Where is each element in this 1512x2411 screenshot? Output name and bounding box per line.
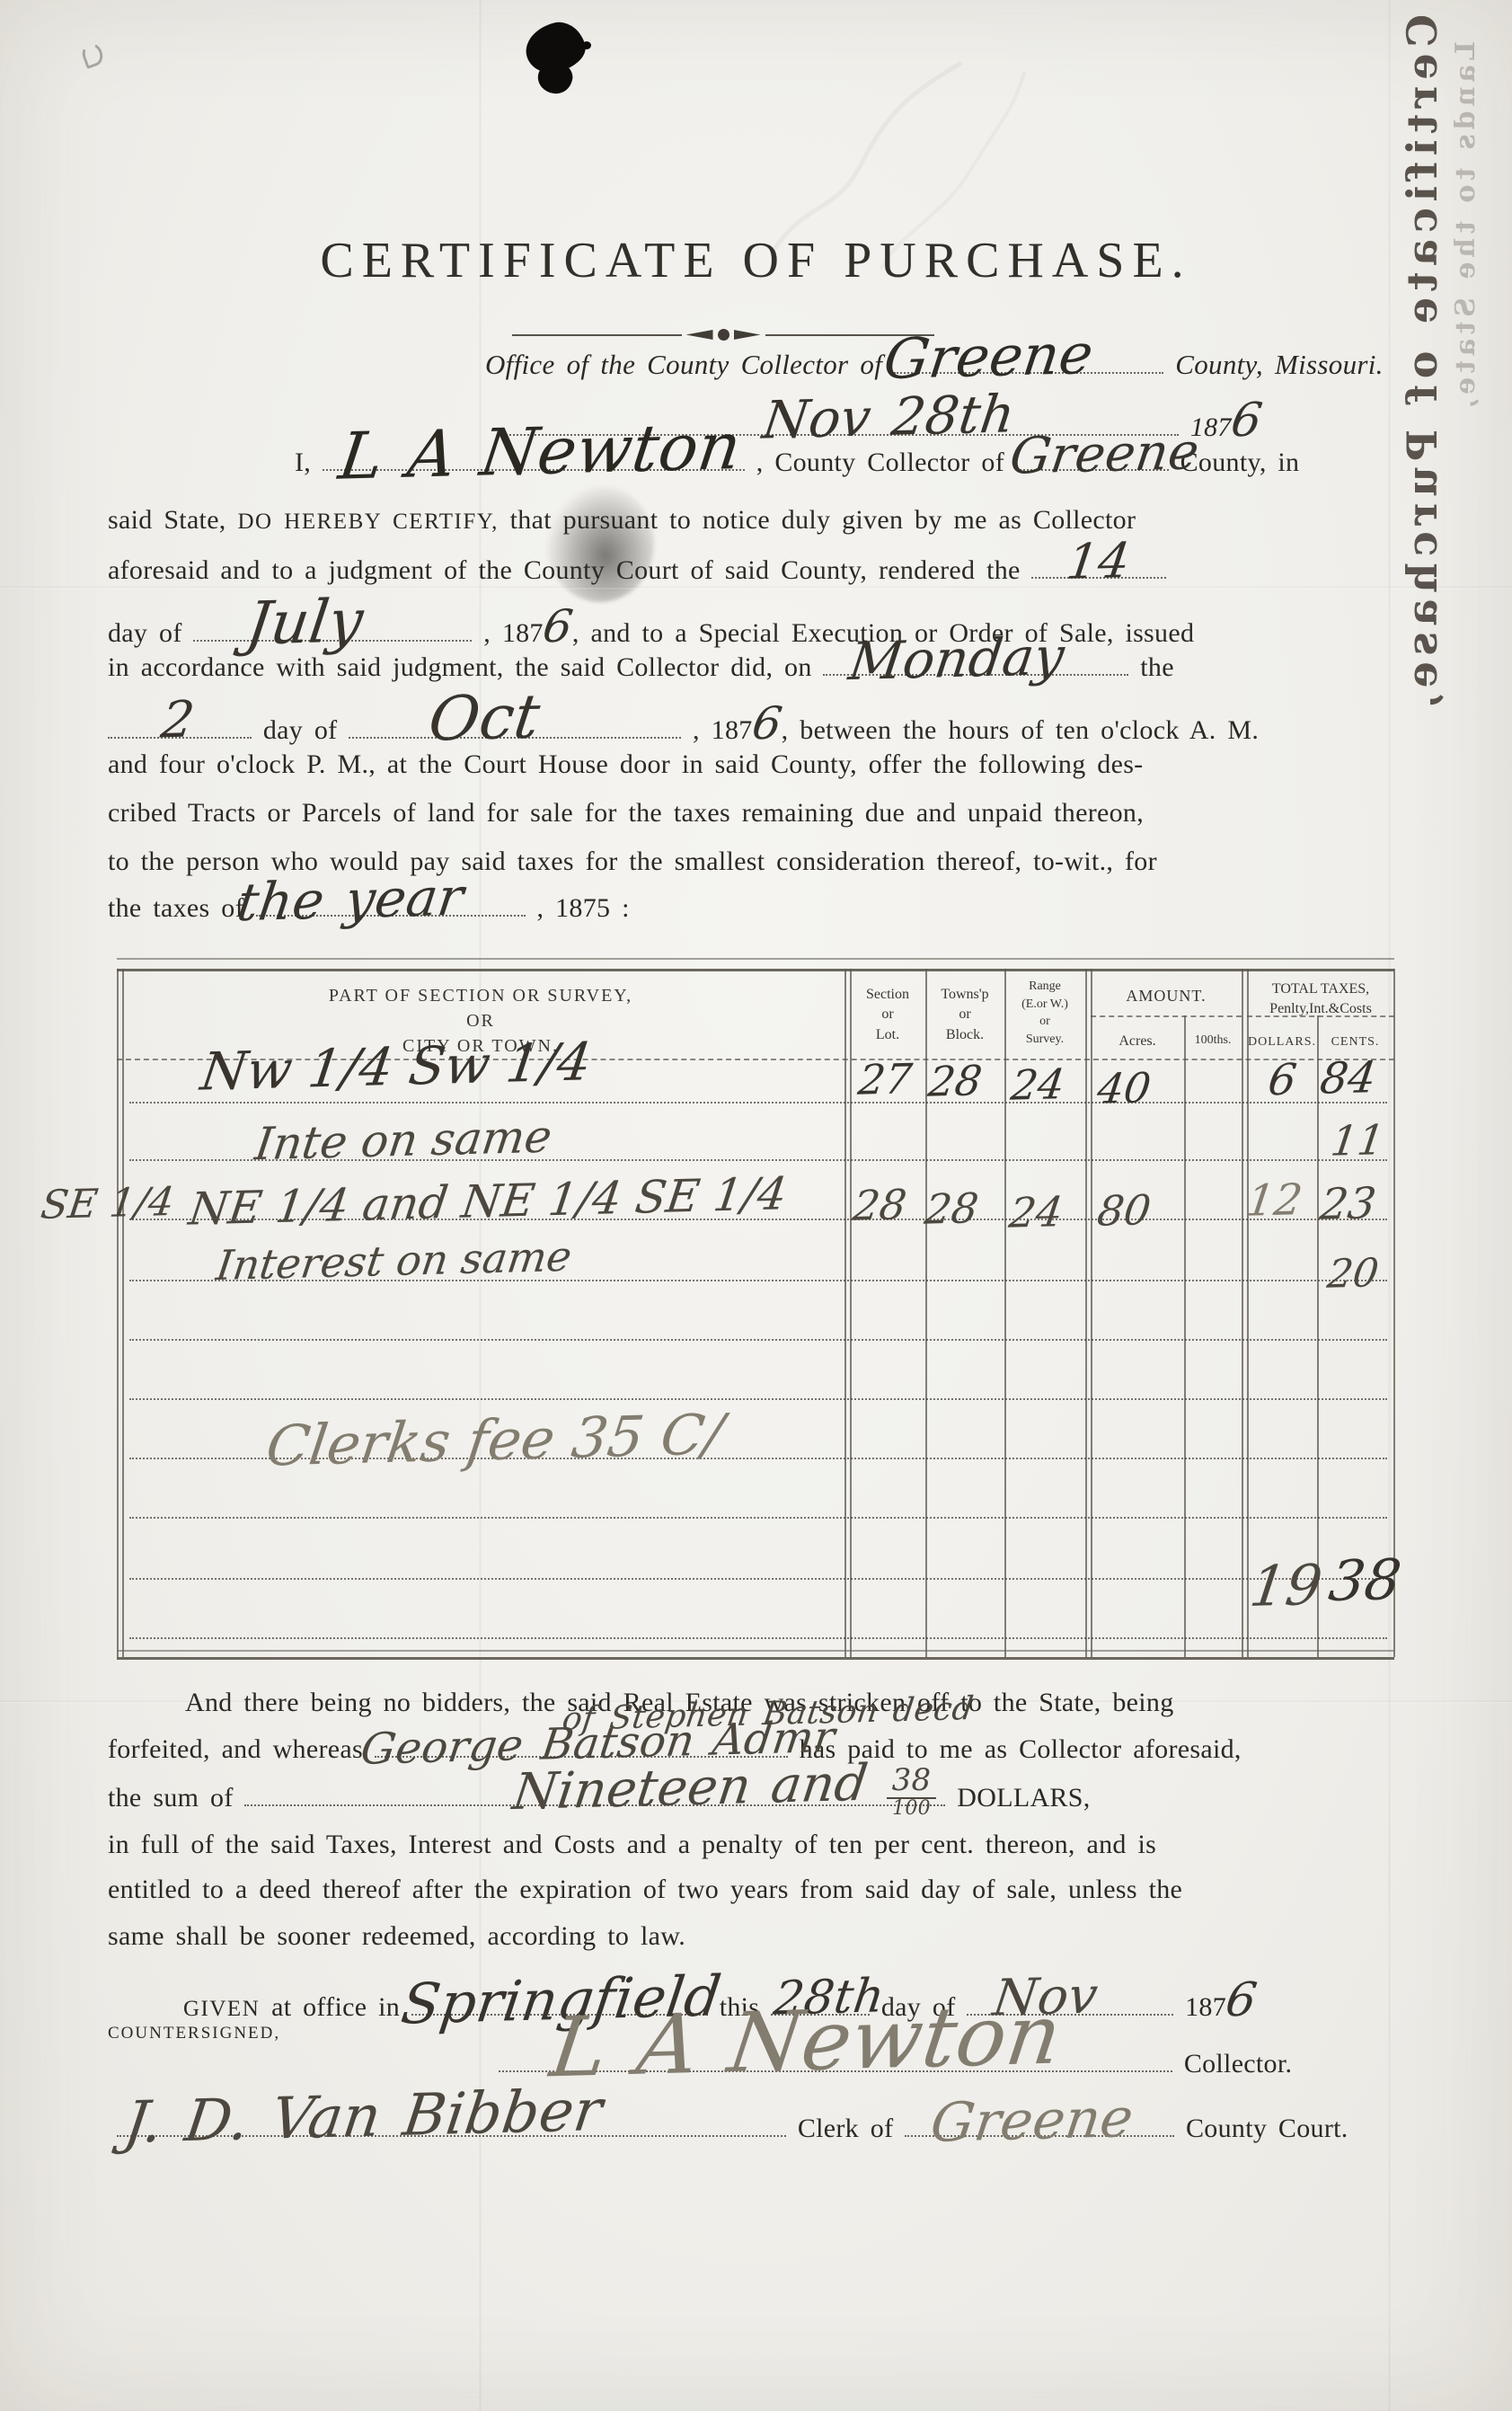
fraction-denominator: 100: [887, 1799, 937, 1819]
handwritten-county: Greene: [881, 326, 1097, 387]
table-line: [1091, 969, 1092, 1657]
day-blank: 2: [108, 733, 252, 739]
entry-acres: 80: [1095, 1189, 1154, 1232]
verso-bleedthrough-text: Certificate of Purchase,: [1398, 14, 1446, 589]
body-text: aforesaid and to a judgment of the Count…: [108, 555, 1021, 585]
entry-dollars: 12: [1244, 1178, 1305, 1223]
taxyear-blank: the year: [256, 911, 526, 917]
countersigned-label: COUNTERSIGNED,: [108, 2024, 280, 2043]
fraction-numerator: 38: [887, 1765, 937, 1799]
col-header-amount: AMOUNT.: [1091, 985, 1242, 1007]
entry-range: 24: [1009, 1063, 1067, 1106]
entry-cents: 84: [1318, 1056, 1379, 1101]
document-page: Certificate of Purchase, Lands to the St…: [0, 0, 1512, 2411]
col-header-township: Towns'p or Block.: [925, 985, 1004, 1045]
body-text: day of: [108, 618, 182, 648]
body-line-3: aforesaid and to a judgment of the Count…: [108, 555, 1166, 586]
body-line-1: I, L A Newton , County Collector of Gree…: [108, 448, 1299, 478]
body-text: the taxes of: [108, 893, 244, 923]
fold-crease: [0, 586, 1512, 589]
handwritten-day: 14: [1065, 536, 1134, 587]
entry-section: 28: [851, 1183, 909, 1227]
entry-cents: 11: [1329, 1119, 1387, 1162]
pencil-mark: [79, 40, 106, 69]
handwritten-month: Oct: [426, 687, 544, 750]
closing-line-6: same shall be sooner redeemed, according…: [108, 1921, 685, 1952]
closing-line-3: the sum of Nineteen and 38 100 DOLLARS,: [108, 1783, 1091, 1813]
entry-section: 27: [856, 1058, 915, 1101]
col-header-section: Section or Lot.: [850, 985, 925, 1045]
handwritten-amount: Nineteen and: [510, 1759, 871, 1818]
clerk-signature-blank: J. D. Van Bibber: [117, 2132, 786, 2137]
body-text: DOLLARS,: [957, 1783, 1090, 1813]
table-line: [1085, 969, 1087, 1657]
entry-description: Clerks fee 35 C/: [263, 1406, 727, 1474]
handwritten-year-digit: 6: [1223, 1977, 1260, 2024]
office-line: Office of the County Collector of Greene…: [485, 349, 1384, 381]
ornament-divider: [512, 329, 934, 341]
table-line: [850, 969, 852, 1657]
body-line-5: in accordance with said judgment, the sa…: [108, 652, 1174, 683]
table-rule: [117, 958, 1394, 960]
body-text: said State,: [108, 505, 226, 535]
document-title: CERTIFICATE OF PURCHASE.: [0, 232, 1512, 289]
body-line-2: said State, DO HEREBY CERTIFY, that purs…: [108, 505, 1136, 536]
body-text-smallcaps: DO HEREBY CERTIFY,: [237, 510, 498, 534]
body-text: the: [1140, 652, 1174, 682]
body-text: , between the hours of ten o'clock A. M.: [782, 715, 1259, 745]
handwritten-year-digit: 6: [749, 701, 785, 746]
entry-cents: 20: [1325, 1254, 1381, 1294]
handwritten-fraction: 38 100: [887, 1765, 937, 1819]
county-blank: Greene: [1016, 465, 1169, 471]
table-rule: [117, 1657, 1394, 1660]
table-row: [129, 1398, 1387, 1400]
ornament-dot-icon: [718, 329, 729, 341]
body-line-6: 2 day of Oct , 1876, between the hours o…: [108, 701, 1259, 746]
handwritten-clerk-signature: J. D. Van Bibber: [121, 2082, 606, 2152]
col-header-100ths: 100ths.: [1184, 1032, 1242, 1050]
entry-cents: 38: [1326, 1552, 1404, 1609]
handwritten-county: Greene: [1007, 427, 1202, 482]
entry-description: NE 1/4 and NE 1/4 SE 1/4: [186, 1171, 789, 1231]
col-header-dollars: DOLLARS.: [1247, 1033, 1317, 1051]
ornament-line: [512, 334, 682, 336]
table-line: [1184, 1015, 1186, 1657]
col-header-acres: Acres.: [1091, 1032, 1184, 1051]
table-line: [122, 969, 124, 1657]
table-line: [117, 969, 119, 1657]
amount-blank: Nineteen and 38 100: [244, 1801, 945, 1806]
body-text: in accordance with said judgment, the sa…: [108, 652, 812, 682]
month-blank: July: [193, 636, 472, 642]
body-text: day of: [263, 715, 338, 745]
table-line: [925, 969, 927, 1657]
entry-acres: 40: [1095, 1067, 1154, 1110]
table-rule: [1091, 1015, 1242, 1017]
table-rule: [117, 1650, 1394, 1652]
handwritten-clerk-county: Greene: [928, 2091, 1136, 2150]
office-suffix: County, Missouri.: [1175, 349, 1383, 380]
table-row: [129, 1637, 1387, 1639]
body-text: that pursuant to notice duly given by me…: [510, 505, 1136, 535]
collector-signature-blank: L A Newton: [499, 2067, 1172, 2072]
table-rule: [117, 969, 1394, 971]
body-text: the sum of: [108, 1783, 234, 1813]
table-line: [1242, 969, 1243, 1657]
col-header-cents: CENTS.: [1317, 1033, 1393, 1051]
clerk-county-blank: Greene: [905, 2132, 1174, 2137]
ornament-diamond-icon: [734, 330, 761, 340]
entry-cents: 23: [1318, 1182, 1379, 1227]
body-line-7: and four o'clock P. M., at the Court Hou…: [108, 749, 1143, 780]
table-row: [129, 1517, 1387, 1519]
body-text: at office in: [271, 1992, 400, 2022]
verso-bleedthrough-text: Lands to the State,: [1450, 41, 1481, 922]
handwritten-date: Nov 28th: [760, 387, 1018, 446]
entry-range: 24: [1007, 1191, 1065, 1234]
closing-line-5: entitled to a deed thereof after the exp…: [108, 1875, 1182, 1905]
table-row: [129, 1102, 1387, 1104]
handwritten-weekday: Monday: [846, 630, 1068, 687]
body-text: , 1875 :: [537, 893, 630, 923]
entry-township: 28: [923, 1187, 981, 1230]
county-blank: Greene: [894, 368, 1163, 374]
body-text: I,: [295, 448, 311, 477]
entry-dollars: 6: [1266, 1059, 1299, 1103]
handwritten-month: July: [243, 591, 367, 653]
table-row: [129, 1578, 1387, 1580]
entry-dollars: 19: [1247, 1557, 1325, 1615]
handwritten-taxyear: the year: [234, 871, 466, 929]
entry-description: Nw 1/4 Sw 1/4: [198, 1035, 594, 1097]
body-line-8: cribed Tracts or Parcels of land for sal…: [108, 798, 1144, 829]
entry-description: Inte on same: [252, 1114, 554, 1167]
year-printed: 187: [1185, 1992, 1226, 2022]
entry-description: Interest on same: [214, 1236, 574, 1286]
clerk-label: Clerk of: [798, 2114, 894, 2143]
col-header-range: Range (E.or W.) or Survey.: [1004, 978, 1085, 1048]
clerk-signature-line: J. D. Van Bibber Clerk of Greene County …: [117, 2114, 1348, 2144]
tax-sale-table: PART OF SECTION OR SURVEY, OR CITY OR TO…: [117, 958, 1394, 1661]
col-header-total-taxes: TOTAL TAXES, Penlty,Int.&Costs: [1247, 979, 1394, 1020]
collector-label: Collector.: [1184, 2049, 1292, 2079]
table-line: [1004, 969, 1006, 1657]
table-line: [844, 969, 846, 1657]
handwritten-day: 2: [158, 696, 197, 747]
office-prefix: Office of the County Collector of: [485, 349, 882, 380]
ink-blot: [582, 41, 591, 49]
body-text: , 187: [483, 618, 544, 648]
body-text: , County Collector of: [756, 448, 1004, 477]
entry-township: 28: [926, 1059, 985, 1103]
day-blank: 14: [1031, 573, 1166, 579]
handwritten-collector-signature: L A Newton: [546, 1994, 1066, 2090]
closing-line-4: in full of the said Taxes, Interest and …: [108, 1830, 1156, 1860]
handwritten-payer-interlined: of Stephen Batson decd: [561, 1693, 976, 1736]
table-line: [1247, 969, 1249, 1657]
ornament-diamond-icon: [686, 330, 713, 340]
handwritten-year-digit: 6: [540, 604, 576, 649]
court-label: County Court.: [1186, 2114, 1348, 2143]
handwritten-year-digit: 6: [1228, 397, 1266, 444]
collector-signature-line: L A Newton Collector.: [499, 2049, 1292, 2079]
entry-margin-note: SE 1/4: [39, 1183, 176, 1226]
handwritten-collector-name: L A Newton: [335, 413, 745, 489]
month-blank: Oct: [349, 733, 681, 739]
table-row: [129, 1339, 1387, 1341]
collector-name-blank: L A Newton: [323, 465, 745, 471]
body-line-10: the taxes of the year , 1875 :: [108, 893, 630, 924]
given-smallcaps: GIVEN: [183, 1997, 260, 2021]
body-text: , 187: [693, 715, 753, 745]
body-text: forfeited, and whereas: [108, 1734, 363, 1764]
weekday-blank: Monday: [823, 670, 1128, 676]
